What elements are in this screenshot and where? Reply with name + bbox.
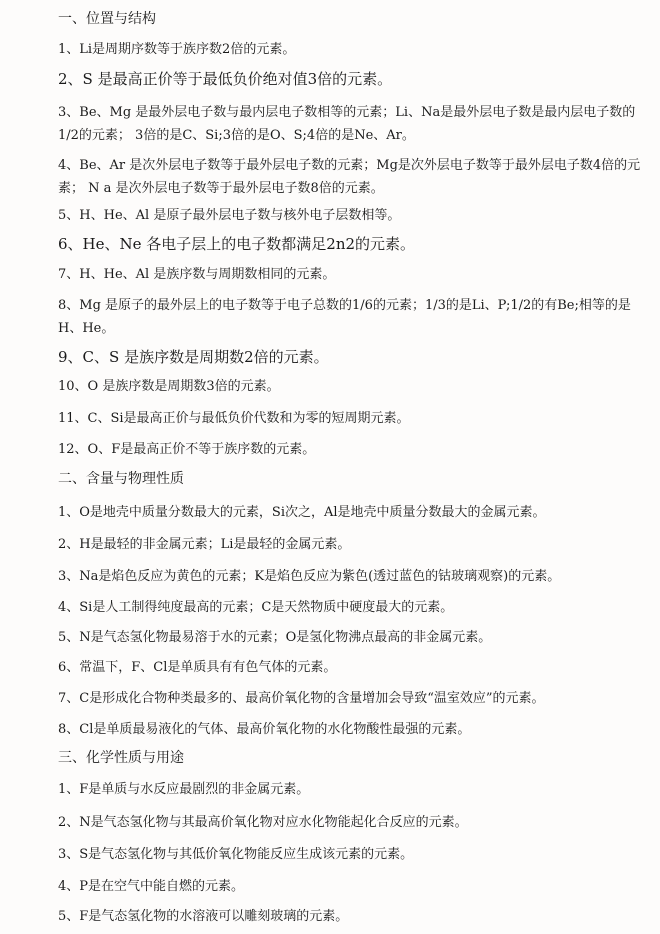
list-item: 5、N是气态氢化物最易溶于水的元素；O是氢化物沸点最高的非金属元素。	[58, 626, 640, 649]
list-item: 3、S是气态氢化物与其低价氧化物能反应生成该元素的元素。	[58, 843, 640, 866]
list-item: 9、C、S 是族序数是周期数2倍的元素。	[58, 346, 640, 369]
list-item: 5、H、He、Al 是原子最外层电子数与核外电子层数相等。	[58, 204, 640, 227]
list-item: 8、Mg 是原子的最外层上的电子数等于电子总数的1/6的元素；1/3的是Li、P…	[58, 294, 648, 340]
list-item: 3、Be、Mg 是最外层电子数与最内层电子数相等的元素；Li、Na是最外层电子数…	[58, 101, 648, 147]
list-item: 2、N是气态氢化物与其最高价氧化物对应水化物能起化合反应的元素。	[58, 811, 640, 834]
list-item: 1、O是地壳中质量分数最大的元素，Si次之，Al是地壳中质量分数最大的金属元素。	[58, 501, 640, 524]
list-item: 2、H是最轻的非金属元素；Li是最轻的金属元素。	[58, 533, 640, 556]
list-item: 10、O 是族序数是周期数3倍的元素。	[58, 375, 640, 398]
list-item: 8、Cl是单质最易液化的气体、最高价氧化物的水化物酸性最强的元素。	[58, 718, 640, 741]
list-item: 1、F是单质与水反应最剧烈的非金属元素。	[58, 778, 640, 801]
list-item: 3、Na是焰色反应为黄色的元素；K是焰色反应为紫色(透过蓝色的钴玻璃观察)的元素…	[58, 565, 640, 588]
list-item: 5、F是气态氢化物的水溶液可以雕刻玻璃的元素。	[58, 905, 640, 928]
list-item: 7、H、He、Al 是族序数与周期数相同的元素。	[58, 263, 640, 286]
list-item: 4、Be、Ar 是次外层电子数等于最外层电子数的元素；Mg是次外层电子数等于最外…	[58, 154, 648, 200]
section-heading: 一、位置与结构	[58, 8, 640, 31]
document-page: 一、位置与结构 1、Li是周期序数等于族序数2倍的元素。 2、S 是最高正价等于…	[0, 0, 660, 934]
section-heading: 二、含量与物理性质	[58, 468, 640, 491]
list-item: 6、He、Ne 各电子层上的电子数都满足2n2的元素。	[58, 233, 640, 256]
section-heading: 三、化学性质与用途	[58, 747, 640, 770]
list-item: 1、Li是周期序数等于族序数2倍的元素。	[58, 38, 640, 61]
list-item: 7、C是形成化合物种类最多的、最高价氧化物的含量增加会导致“温室效应”的元素。	[58, 687, 640, 710]
list-item: 6、常温下，F、Cl是单质具有有色气体的元素。	[58, 656, 640, 679]
list-item: 11、C、Si是最高正价与最低负价代数和为零的短周期元素。	[58, 407, 640, 430]
list-item: 12、O、F是最高正价不等于族序数的元素。	[58, 438, 640, 461]
list-item: 2、S 是最高正价等于最低负价绝对值3倍的元素。	[58, 68, 640, 91]
list-item: 4、P是在空气中能自燃的元素。	[58, 875, 640, 898]
list-item: 4、Si是人工制得纯度最高的元素；C是天然物质中硬度最大的元素。	[58, 596, 640, 619]
